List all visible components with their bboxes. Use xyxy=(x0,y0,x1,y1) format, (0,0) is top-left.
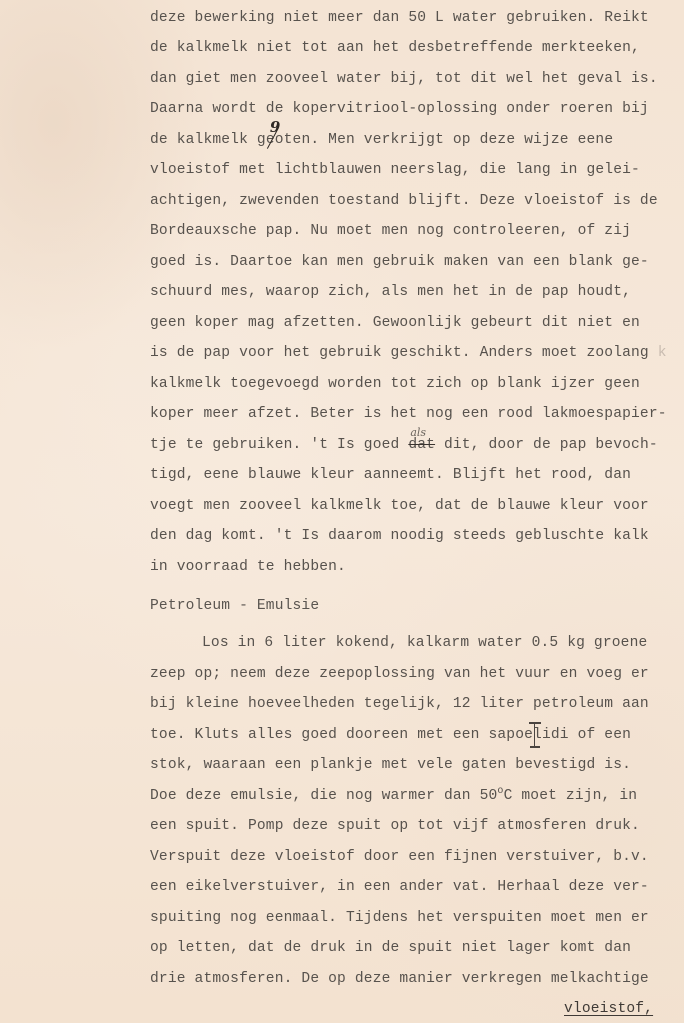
text-segment: oten. Men verkrijgt op deze wijze eene xyxy=(275,132,614,148)
handwritten-correction: e9 xyxy=(266,131,275,149)
text-line: tigd, eene blauwe kleur aanneemt. Blijft… xyxy=(150,466,631,484)
handwritten-correction: datals xyxy=(408,436,435,454)
faint-letter: k xyxy=(658,345,667,361)
handwritten-insertion: als xyxy=(410,424,426,442)
text-segment: C moet zijn, in xyxy=(504,788,638,804)
typewritten-page: deze bewerking niet meer dan 50 L water … xyxy=(0,0,684,1023)
section-heading: Petroleum - Emulsie xyxy=(150,597,319,615)
text-line: Daarna wordt de kopervitriool-oplossing … xyxy=(150,100,649,118)
text-line: kalkmelk toegevoegd worden tot zich op b… xyxy=(150,375,640,393)
text-segment: dit, door de pap bevoch- xyxy=(435,437,658,453)
text-line: Bordeauxsche pap. Nu moet men nog contro… xyxy=(150,222,631,240)
text-line: schuurd mes, waarop zich, als men het in… xyxy=(150,283,631,301)
text-line: dan giet men zooveel water bij, tot dit … xyxy=(150,70,658,88)
text-line: deze bewerking niet meer dan 50 L water … xyxy=(150,9,649,27)
text-line: toe. Kluts alles goed dooreen met een sa… xyxy=(150,726,631,744)
text-segment: is de pap voor het gebruik geschikt. And… xyxy=(150,345,649,361)
text-line: is de pap voor het gebruik geschikt. And… xyxy=(150,344,667,362)
text-line: zeep op; neem deze zeepoplossing van het… xyxy=(150,665,649,683)
text-line: geen koper mag afzetten. Gewoonlijk gebe… xyxy=(150,314,640,332)
text-line: een spuit. Pomp deze spuit op tot vijf a… xyxy=(150,817,640,835)
text-line: op letten, dat de druk in de spuit niet … xyxy=(150,939,631,957)
text-cursor-position[interactable]: l xyxy=(533,726,542,744)
text-line: een eikelverstuiver, in een ander vat. H… xyxy=(150,878,649,896)
text-line: in voorraad te hebben. xyxy=(150,558,346,576)
text-line-with-correction: de kalkmelk ge9oten. Men verkrijgt op de… xyxy=(150,131,613,149)
text-line: Verspuit deze vloeistof door een fijnen … xyxy=(150,848,649,866)
text-segment: tje te gebruiken. 't Is goed xyxy=(150,437,408,453)
text-line: goed is. Daartoe kan men gebruik maken v… xyxy=(150,253,649,271)
text-segment: Doe deze emulsie, die nog warmer dan 50 xyxy=(150,788,497,804)
text-line: bij kleine hoeveelheden tegelijk, 12 lit… xyxy=(150,695,649,713)
text-line: Los in 6 liter kokend, kalkarm water 0.5… xyxy=(202,634,647,652)
text-cursor-ibeam-icon xyxy=(529,722,541,748)
text-line: den dag komt. 't Is daarom noodig steeds… xyxy=(150,527,649,545)
text-segment: de kalkmelk g xyxy=(150,132,266,148)
text-line: de kalkmelk niet tot aan het desbetreffe… xyxy=(150,39,640,57)
text-line: drie atmosferen. De op deze manier verkr… xyxy=(150,970,649,988)
text-line: voegt men zooveel kalkmelk toe, dat de b… xyxy=(150,497,649,515)
catchword: vloeistof, xyxy=(564,1000,653,1018)
text-segment: idi of een xyxy=(542,727,631,743)
text-line: achtigen, zwevenden toestand blijft. Dez… xyxy=(150,192,658,210)
text-line: vloeistof met lichtblauwen neerslag, die… xyxy=(150,161,640,179)
text-line: Doe deze emulsie, die nog warmer dan 50o… xyxy=(150,787,637,805)
text-segment: toe. Kluts alles goed dooreen met een sa… xyxy=(150,727,533,743)
text-line: stok, waaraan een plankje met vele gaten… xyxy=(150,756,631,774)
text-line: koper meer afzet. Beter is het nog een r… xyxy=(150,405,667,423)
text-line: spuiting nog eenmaal. Tijdens het verspu… xyxy=(150,909,649,927)
text-line-with-correction: tje te gebruiken. 't Is goed datals dit,… xyxy=(150,436,658,454)
